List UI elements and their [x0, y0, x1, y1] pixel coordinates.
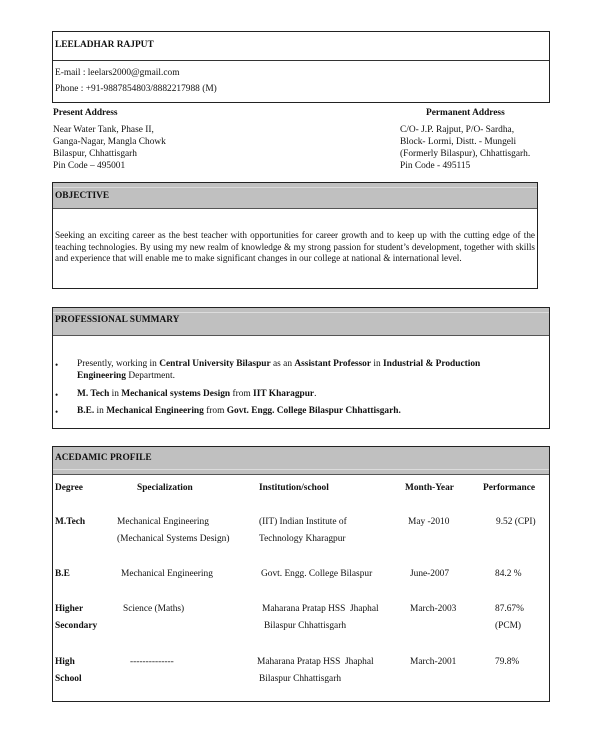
address-line: Near Water Tank, Phase II, — [53, 124, 166, 136]
address-line: Block- Lormi, Distt. - Mungeli — [400, 136, 530, 148]
month-year-cell: March-2003 — [410, 603, 456, 615]
summary-header-bar: PROFESSIONAL SUMMARY — [53, 308, 549, 336]
address-line: Pin Code - 495115 — [400, 160, 530, 172]
list-item: • B.E. in Mechanical Engineering from Go… — [53, 406, 549, 418]
specialization-cell: Mechanical Engineering — [117, 516, 209, 528]
degree-cell: Secondary — [55, 620, 97, 632]
present-address: Near Water Tank, Phase II, Ganga-Nagar, … — [53, 124, 166, 172]
email-text: E-mail : leelars2000@gmail.com — [55, 67, 179, 79]
bullet-icon: • — [55, 389, 58, 401]
institution-cell: Technology Kharagpur — [259, 533, 346, 545]
bullet-icon: • — [55, 406, 58, 418]
objective-title: OBJECTIVE — [55, 191, 109, 201]
academic-table: DegreeSpecializationInstitution/schoolMo… — [53, 447, 549, 701]
institution-cell: Bilaspur Chhattisgarh — [259, 673, 341, 685]
column-header: Month-Year — [405, 482, 454, 494]
institution-cell: Govt. Engg. College Bilaspur — [261, 568, 372, 580]
institution-cell: Maharana Pratap HSS Jhaphal — [262, 603, 379, 615]
column-header: Performance — [483, 482, 535, 494]
degree-cell: School — [55, 673, 82, 685]
performance-cell: 84.2 % — [495, 568, 522, 580]
address-line: Bilaspur, Chhattisgarh — [53, 148, 166, 160]
column-header: Specialization — [137, 482, 193, 494]
permanent-address: C/O- J.P. Rajput, P/O- Sardha, Block- Lo… — [400, 124, 530, 172]
institution-cell: Maharana Pratap HSS Jhaphal — [257, 656, 374, 668]
address-line: Pin Code – 495001 — [53, 160, 166, 172]
specialization-cell: -------------- — [130, 656, 174, 668]
bullet-icon: • — [55, 359, 58, 371]
professional-summary-section: PROFESSIONAL SUMMARY • Presently, workin… — [52, 307, 550, 429]
academic-profile-section: ACEDAMIC PROFILE DegreeSpecializationIns… — [52, 446, 550, 702]
performance-cell: 9.52 (CPI) — [496, 516, 536, 528]
column-header: Degree — [55, 482, 83, 494]
contact-box: LEELADHAR RAJPUT E-mail : leelars2000@gm… — [52, 31, 550, 103]
present-address-title: Present Address — [53, 107, 118, 119]
degree-cell: B.E — [55, 568, 70, 580]
degree-cell: High — [55, 656, 75, 668]
performance-cell: 87.67% — [495, 603, 524, 615]
institution-cell: (IIT) Indian Institute of — [259, 516, 347, 528]
specialization-cell: Science (Maths) — [123, 603, 184, 615]
list-item: • M. Tech in Mechanical systems Design f… — [53, 389, 549, 401]
specialization-cell: (Mechanical Systems Design) — [117, 533, 229, 545]
degree-cell: M.Tech — [55, 516, 85, 528]
candidate-name: LEELADHAR RAJPUT — [55, 39, 154, 51]
address-line: C/O- J.P. Rajput, P/O- Sardha, — [400, 124, 530, 136]
month-year-cell: June-2007 — [410, 568, 449, 580]
phone-text: Phone : +91-9887854803/8882217988 (M) — [55, 83, 217, 95]
performance-cell: (PCM) — [495, 620, 521, 632]
summary-title: PROFESSIONAL SUMMARY — [55, 315, 179, 325]
month-year-cell: May -2010 — [408, 516, 449, 528]
degree-cell: Higher — [55, 603, 83, 615]
objective-section: OBJECTIVE Seeking an exciting career as … — [52, 182, 538, 289]
objective-header-bar: OBJECTIVE — [53, 183, 537, 209]
column-header: Institution/school — [259, 482, 329, 494]
performance-cell: 79.8% — [495, 656, 519, 668]
list-item: • Presently, working in Central Universi… — [53, 359, 549, 382]
divider — [53, 60, 549, 61]
permanent-address-title: Permanent Address — [426, 107, 505, 119]
objective-text: Seeking an exciting career as the best t… — [55, 230, 535, 265]
address-line: Ganga-Nagar, Mangla Chowk — [53, 136, 166, 148]
institution-cell: Bilaspur Chhattisgarh — [264, 620, 346, 632]
address-line: (Formerly Bilaspur), Chhattisgarh. — [400, 148, 530, 160]
specialization-cell: Mechanical Engineering — [121, 568, 213, 580]
month-year-cell: March-2001 — [410, 656, 456, 668]
